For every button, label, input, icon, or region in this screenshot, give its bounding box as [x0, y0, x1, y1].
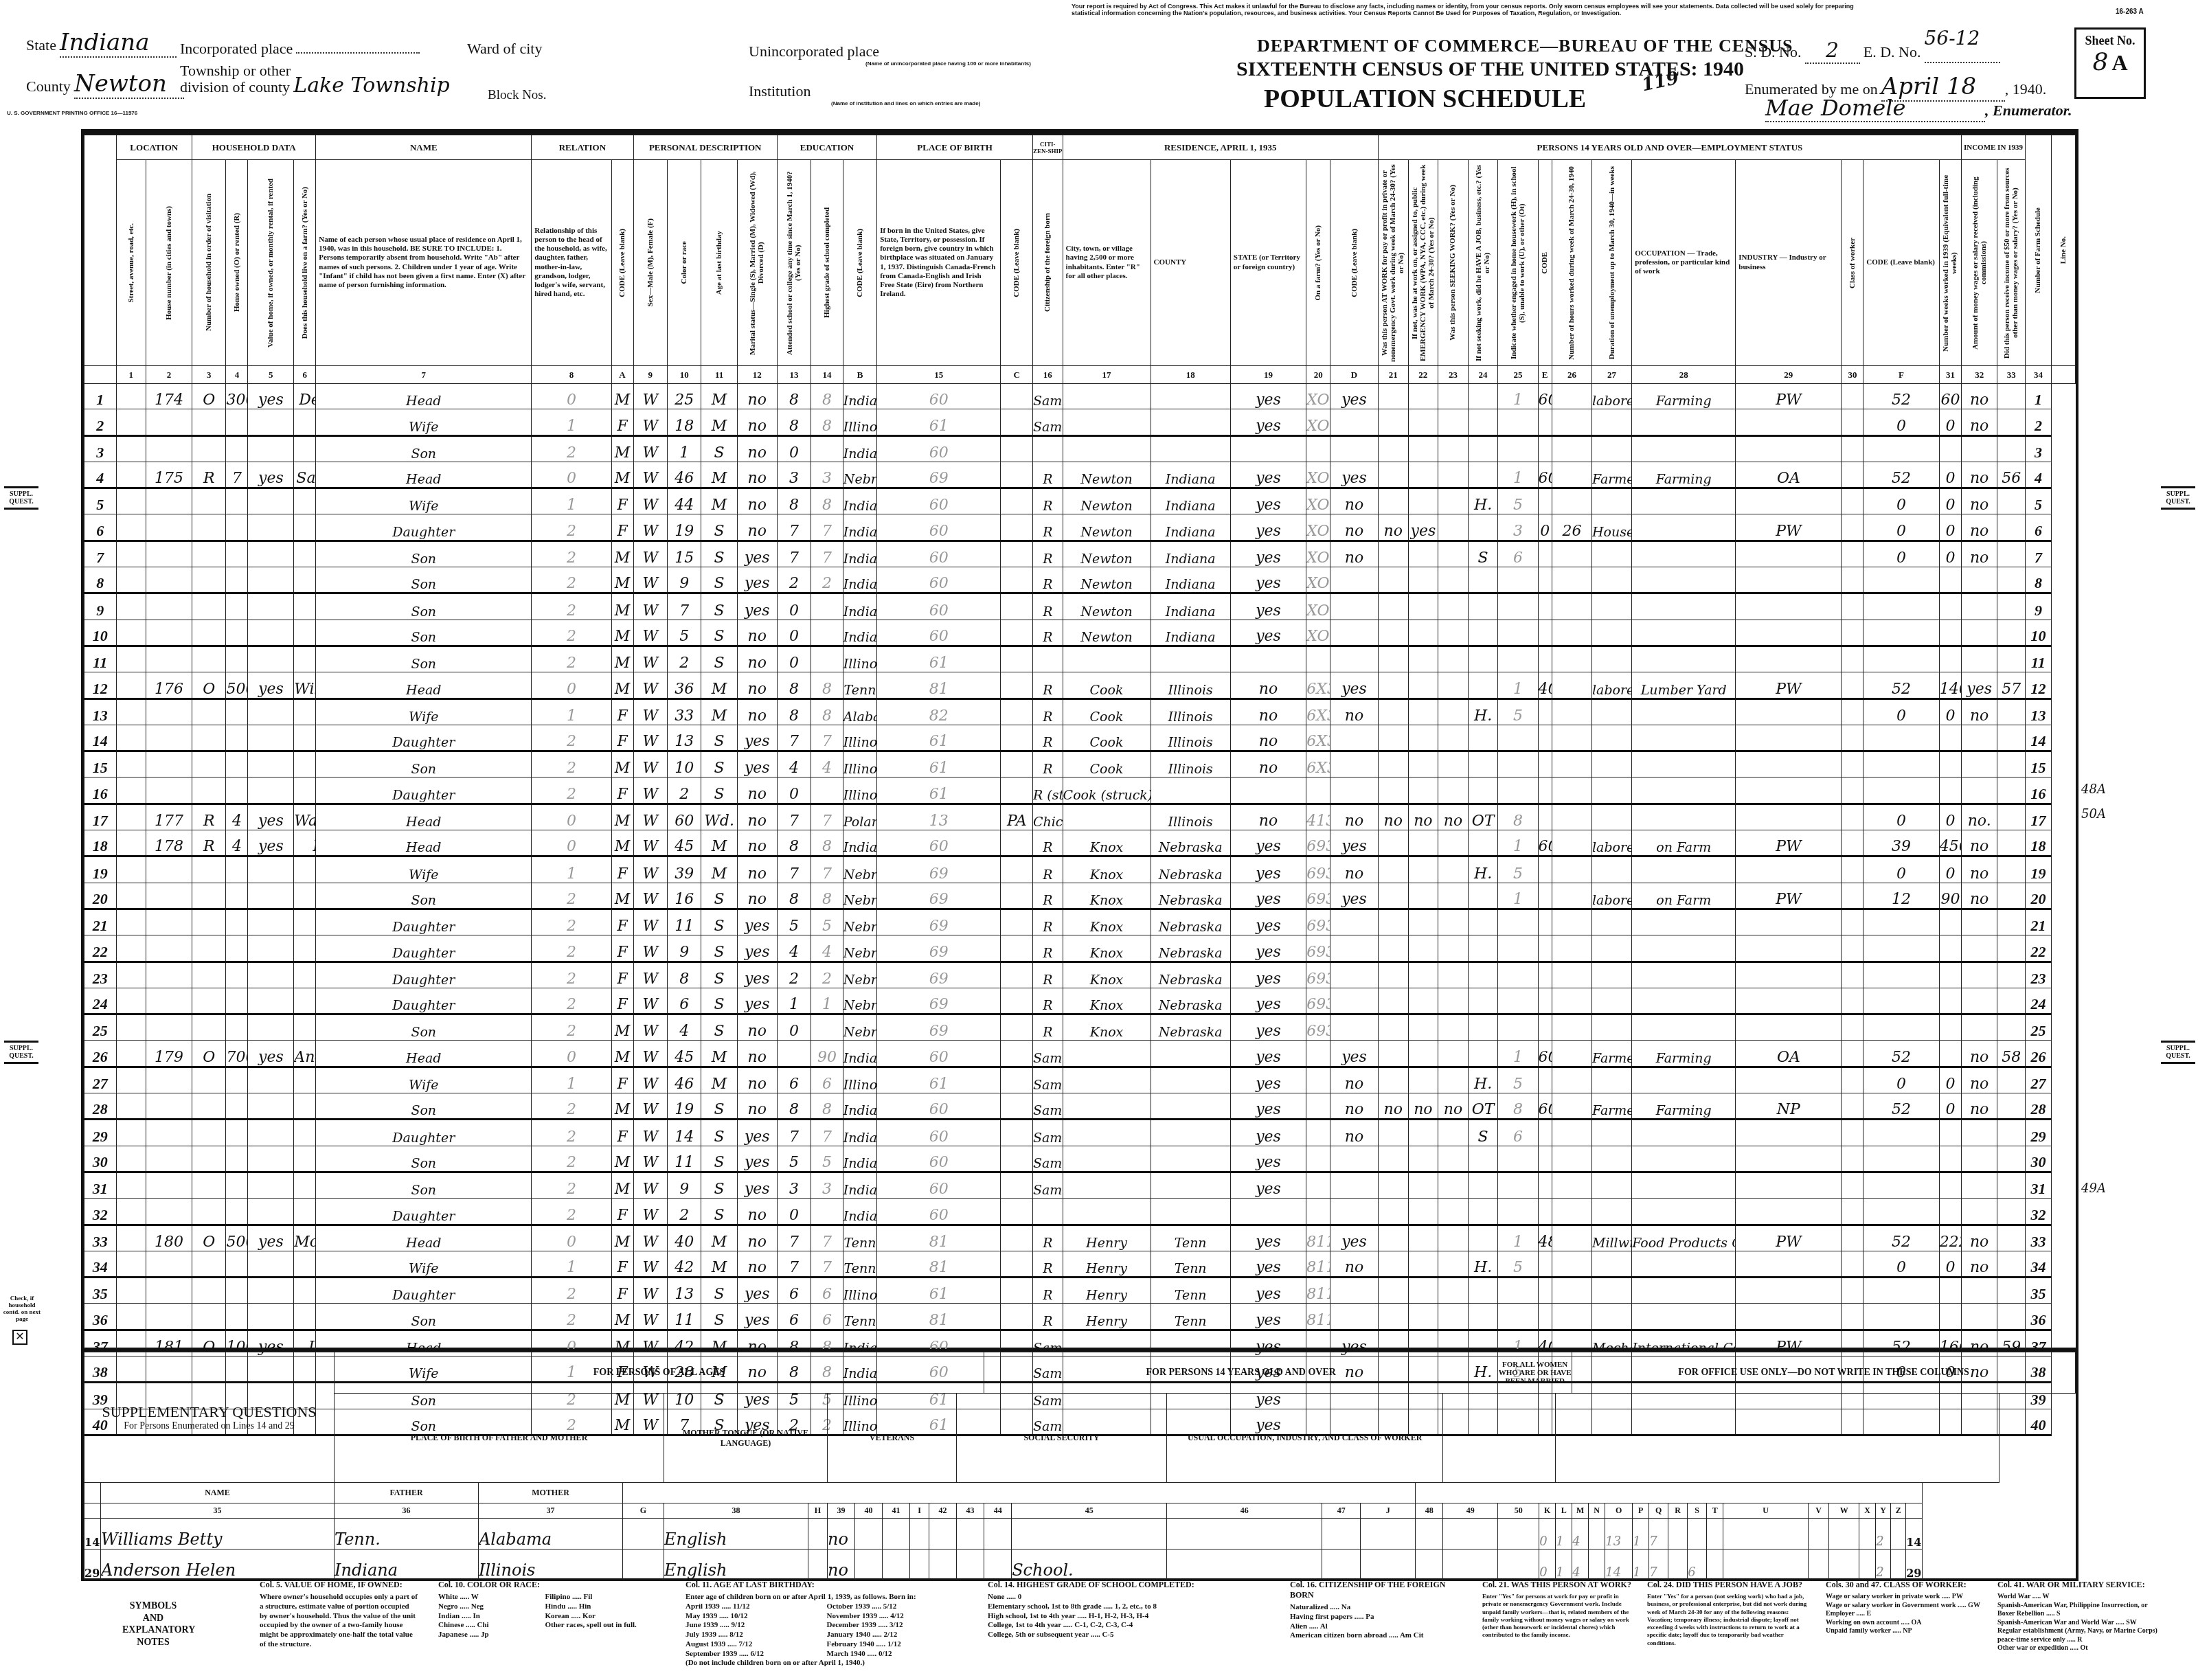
cell-c23 [1408, 699, 1438, 725]
supp-column-number: Q [1649, 1503, 1668, 1519]
cell-grade: 4 [777, 751, 811, 777]
cell-codeD: XOV2 [1306, 541, 1330, 567]
column-header-4: Home owned (O) or rented (R) [226, 160, 248, 366]
cell-rel: Son [316, 567, 532, 593]
cell-c24 [1438, 1278, 1469, 1304]
supp-blank [984, 1519, 1012, 1550]
cell-codeA: 2 [532, 541, 611, 567]
cell-codeF [1842, 1251, 1863, 1277]
cell-codeA: 2 [532, 988, 611, 1014]
cell-onfarm: yes [1230, 1278, 1306, 1304]
cell-codeB: 3 [811, 1172, 843, 1198]
cell-c25: S [1468, 541, 1498, 567]
cell-cit [1001, 962, 1033, 988]
cell-codeD [1306, 1067, 1330, 1093]
cell-own: O [192, 1041, 226, 1067]
cell-codeF [1842, 962, 1863, 988]
cell-occ [1592, 541, 1632, 567]
cell-line: 6 [84, 514, 117, 541]
cell-c25 [1468, 593, 1498, 620]
cell-age: 7 [667, 593, 701, 620]
cell-race: W [633, 1278, 667, 1304]
cell-codeD [1306, 1199, 1330, 1225]
cell-dur [1552, 909, 1591, 935]
cell-mar: M [701, 1067, 737, 1093]
cell-sex: M [611, 646, 633, 672]
cell-sex: F [611, 1120, 633, 1146]
cell-cit [1001, 751, 1033, 777]
cell-county: Newton [1063, 593, 1151, 620]
cell-c24 [1438, 384, 1469, 409]
cell-hh: 180 [146, 1225, 192, 1251]
cell-line: 34 [2026, 1251, 2052, 1277]
cell-grade: 8 [777, 1093, 811, 1120]
cell-cls [1736, 1251, 1842, 1277]
cell-c22: no [1378, 1093, 1408, 1120]
cell-other [1961, 751, 1997, 777]
column-number: 9 [633, 366, 667, 384]
cell-line: 35 [2026, 1278, 2052, 1304]
surname: Lee [294, 838, 316, 855]
person-name: WilliamsRobert [294, 672, 316, 699]
cell-ind [1632, 409, 1736, 435]
supp-column-number: O [1605, 1503, 1633, 1519]
cell-age: 19 [667, 1093, 701, 1120]
cell-wages [1939, 1172, 1961, 1198]
cell-hh [146, 646, 192, 672]
supp-blank [1498, 1519, 1539, 1550]
column-header-3: Number of household in order of visitati… [192, 160, 226, 366]
note-col21: Col. 21. WAS THIS PERSON AT WORK?Enter "… [1482, 1580, 1633, 1639]
cell-cit [1001, 935, 1033, 962]
cell-rel: Son [316, 541, 532, 567]
cell-c25: H. [1468, 1067, 1498, 1093]
supp-code-g [623, 1519, 664, 1550]
cell-state: Indiana [1151, 567, 1230, 593]
cell-codeE: 1 [1498, 830, 1538, 856]
cell-c23 [1408, 1199, 1438, 1225]
cell-city: R [1032, 725, 1063, 751]
column-number: 20 [1306, 366, 1330, 384]
cell-cit [1001, 1067, 1033, 1093]
cell-codeC: 60 [877, 435, 1001, 462]
cell-hours [1538, 435, 1552, 462]
cell-cls [1736, 909, 1842, 935]
cell-age: 19 [667, 514, 701, 541]
note-item: Other races, spell out in full. [545, 1621, 645, 1631]
cell-own [192, 409, 226, 435]
cell-hours: 40 [1538, 672, 1552, 699]
cell-rel: Head [316, 462, 532, 488]
cell-cit [1001, 699, 1033, 725]
cell-line: 29 [84, 1120, 117, 1146]
cell-value [226, 856, 248, 883]
cell-mar: M [701, 384, 737, 409]
supp-column-number: 38 [664, 1503, 808, 1519]
cell-c23 [1408, 646, 1438, 672]
cell-codeB: 7 [811, 1120, 843, 1146]
supp-column-number: 41 [883, 1503, 910, 1519]
cell-race: W [633, 1251, 667, 1277]
person-name: Ruby [294, 962, 316, 988]
cell-line: 27 [2026, 1067, 2052, 1093]
cell-line: 11 [84, 646, 117, 672]
cell-occ: Farmer [1592, 1041, 1632, 1067]
cell-line: 7 [84, 541, 117, 567]
cell-codeF [1842, 409, 1863, 435]
cell-line: 5 [84, 488, 117, 514]
cell-farm [248, 488, 294, 514]
cell-codeB: 7 [811, 804, 843, 830]
column-header-24: If not seeking work, did he HAVE A JOB, … [1468, 160, 1498, 366]
ed-value: 56-12 [1925, 27, 1980, 49]
cell-birth: Nebraska [843, 988, 876, 1014]
cell-codeC: 81 [877, 1251, 1001, 1277]
cell-c21: no [1330, 541, 1379, 567]
cell-c21: no [1330, 804, 1379, 830]
cell-birth: Nebraska [843, 935, 876, 962]
cell-ind [1632, 1146, 1736, 1172]
cell-weeks [1863, 725, 1939, 751]
cell-birth: Illinois [843, 777, 876, 804]
cell-city: R [1032, 883, 1063, 909]
column-header-23: Was this person SEEKING WORK? (Yes or No… [1438, 160, 1469, 366]
supp-column-number: Z [1891, 1503, 1906, 1519]
cell-city: R [1032, 1278, 1063, 1304]
cell-c23 [1408, 1225, 1438, 1251]
note-item: Spanish-American War and World War .....… [1997, 1619, 2162, 1628]
cell-codeC: 81 [877, 672, 1001, 699]
cell-codeD: 6X31 [1306, 699, 1330, 725]
cell-onfarm: yes [1230, 593, 1306, 620]
cell-hours [1538, 1014, 1552, 1041]
cell-wages [1939, 1199, 1961, 1225]
cell-ind [1632, 856, 1736, 883]
cell-ind [1632, 935, 1736, 962]
cell-codeF [1842, 1093, 1863, 1120]
column-number: 14 [811, 366, 843, 384]
cell-dur [1552, 1251, 1591, 1277]
cell-hours [1538, 883, 1552, 909]
cell-age: 11 [667, 1146, 701, 1172]
line-number-header-right: Line No. [2051, 135, 2075, 366]
cell-mar: S [701, 514, 737, 541]
state-field: State Indiana [26, 29, 177, 58]
cell-grade: 6 [777, 1304, 811, 1330]
cell-cls [1736, 856, 1842, 883]
table-row: 16DorothyDaughter2FW2Sno0Illinois61R (st… [84, 777, 2076, 804]
cell-sex: F [611, 1278, 633, 1304]
cell-ind [1632, 488, 1736, 514]
cell-codeB [811, 1199, 843, 1225]
cell-wages: 0 [1939, 699, 1961, 725]
cell-wages: 2220 [1939, 1225, 1961, 1251]
cell-codeB: 3 [811, 462, 843, 488]
cell-farmsch [1997, 830, 2026, 856]
cell-onfarm: yes [1230, 514, 1306, 541]
column-header-27: Duration of unemployment up to March 30,… [1592, 160, 1632, 366]
cell-birth: Indiana [843, 830, 876, 856]
cell-other [1961, 435, 1997, 462]
income-group-header: INCOME IN 1939 [1961, 135, 2025, 160]
cell-c21: yes [1330, 384, 1379, 409]
column-number: 27 [1592, 366, 1632, 384]
cell-farmsch: 57 [1997, 672, 2026, 699]
cell-c24 [1438, 935, 1469, 962]
cell-own [192, 1067, 226, 1093]
cell-line: 35 [84, 1278, 117, 1304]
table-row: 26179O700yesAndersonHenryHead0MW45Mno90I… [84, 1041, 2076, 1067]
cell-codeA: 2 [532, 1278, 611, 1304]
office-code-L: 1 [1556, 1550, 1572, 1580]
cell-sex: F [611, 935, 633, 962]
cell-age: 14 [667, 1120, 701, 1146]
supp-column-number: U [1723, 1503, 1809, 1519]
cell-race: W [633, 883, 667, 909]
cell-line: 31 [2026, 1172, 2052, 1198]
cell-ind: Farming [1632, 1093, 1736, 1120]
cell-line: 33 [84, 1225, 117, 1251]
cell-weeks: 52 [1863, 1093, 1939, 1120]
supp-column-number: 36 [335, 1503, 479, 1519]
cell-county: Cook [1063, 725, 1151, 751]
farm-schedule-header: Number of Farm Schedule [2026, 135, 2052, 366]
person-name: Ardist [294, 935, 316, 962]
continued-checkbox[interactable]: ✕ [12, 1330, 27, 1345]
cell-c25 [1468, 988, 1498, 1014]
office-use-header: FOR OFFICE USE ONLY—DO NOT WRITE IN THES… [1572, 1352, 2076, 1394]
cell-own: O [192, 672, 226, 699]
cell-other [1961, 777, 1997, 804]
office-code-T [1707, 1519, 1723, 1550]
all-ages-header: FOR PERSONS OF ALL AGES [335, 1352, 984, 1394]
cell-farmsch [1997, 593, 2026, 620]
cell-line: 3 [2026, 435, 2052, 462]
cell-race: W [633, 988, 667, 1014]
cell-c24 [1438, 1014, 1469, 1041]
cell-county: Knox [1063, 856, 1151, 883]
cell-c24 [1438, 988, 1469, 1014]
supp-blank [1322, 1519, 1361, 1550]
cell-sex: M [611, 1093, 633, 1120]
cell-hh [146, 488, 192, 514]
cell-value [226, 935, 248, 962]
column-header-B: CODE (Leave blank) [843, 160, 876, 366]
cell-hh [146, 409, 192, 435]
cell-farm [248, 777, 294, 804]
office-code-Z [1891, 1519, 1906, 1550]
cell-state: Indiana [1151, 488, 1230, 514]
cell-farm: yes [248, 672, 294, 699]
cell-codeE [1498, 646, 1538, 672]
cell-codeC: 60 [877, 1093, 1001, 1120]
cell-birth: Indiana [843, 541, 876, 567]
cell-value [226, 435, 248, 462]
cell-codeC: 60 [877, 1172, 1001, 1198]
cell-race: W [633, 751, 667, 777]
cell-grade [777, 1041, 811, 1067]
cell-codeA: 0 [532, 804, 611, 830]
enumerator-name: Mae Domele [1765, 95, 1905, 121]
cell-occ: Housework [1592, 514, 1632, 541]
cell-c25 [1468, 1225, 1498, 1251]
cell-cls [1736, 1146, 1842, 1172]
cell-codeC: 81 [877, 1304, 1001, 1330]
cell-codeB: 90 [811, 1041, 843, 1067]
surname: Sargent [294, 470, 316, 487]
column-number: 30 [1842, 366, 1863, 384]
cell-codeB [811, 646, 843, 672]
cell-c23 [1408, 777, 1438, 804]
column-header-7: Name of each person whose usual place of… [316, 160, 532, 366]
cell-c22 [1378, 409, 1408, 435]
ward-label: Ward of city [467, 40, 542, 58]
cell-codeD: 6932 [1306, 988, 1330, 1014]
cell-county: Newton [1063, 514, 1151, 541]
margin-note: 48A [2081, 782, 2106, 797]
supp-usual-occupation: School. [1012, 1550, 1167, 1580]
cell-line: 18 [84, 830, 117, 856]
cell-state [1151, 1041, 1230, 1067]
cell-grade: 4 [777, 935, 811, 962]
cell-codeB: 6 [811, 1304, 843, 1330]
cell-state: Illinois [1151, 804, 1230, 830]
supp-column-number: 42 [929, 1503, 957, 1519]
table-row: 24VeldaDaughter2FW6Syes11Nebraska69RKnox… [84, 988, 2076, 1014]
cell-race: W [633, 935, 667, 962]
column-header-15: If born in the United States, give State… [877, 160, 1001, 366]
cell-state [1151, 409, 1230, 435]
cell-c21 [1330, 777, 1379, 804]
cell-age: 42 [667, 1251, 701, 1277]
cell-codeE [1498, 1172, 1538, 1198]
cell-other [1961, 962, 1997, 988]
supp-mother-birthplace: Illinois [479, 1550, 623, 1580]
cell-cit [1001, 593, 1033, 620]
cell-mar: M [701, 462, 737, 488]
cell-state: Nebraska [1151, 856, 1230, 883]
column-number: 15 [877, 366, 1001, 384]
cell-c24 [1438, 1304, 1469, 1330]
cell-race: W [633, 567, 667, 593]
residence-group-header: RESIDENCE, APRIL 1, 1935 [1063, 135, 1378, 160]
cell-mar: S [701, 909, 737, 935]
cell-c24 [1438, 1199, 1469, 1225]
cell-codeB: 2 [811, 567, 843, 593]
table-row: 30GuySon2MW11Syes55Indiana60Same houseye… [84, 1146, 2076, 1172]
cell-own [192, 751, 226, 777]
cell-codeB [811, 1014, 843, 1041]
cell-codeF [1842, 462, 1863, 488]
cell-birth: Nebraska [843, 883, 876, 909]
cell-farm: yes [248, 462, 294, 488]
cell-cls [1736, 1304, 1842, 1330]
cell-c24 [1438, 567, 1469, 593]
cell-codeA: 0 [532, 1225, 611, 1251]
cell-c21: no [1330, 1093, 1379, 1120]
cell-hh: 178 [146, 830, 192, 856]
cell-codeC: 61 [877, 1067, 1001, 1093]
cell-county [1063, 409, 1151, 435]
cell-rel: Son [316, 751, 532, 777]
cell-dur [1552, 435, 1591, 462]
person-name: DentonHarry ⊗ [294, 384, 316, 409]
cell-cls [1736, 725, 1842, 751]
cell-hours [1538, 1199, 1552, 1225]
cell-value [226, 593, 248, 620]
cell-line: 19 [2026, 856, 2052, 883]
cell-race: W [633, 384, 667, 409]
cell-city: R [1032, 830, 1063, 856]
supp-mother-tongue: English [664, 1519, 808, 1550]
office-code-S [1688, 1519, 1707, 1550]
cell-sex: M [611, 593, 633, 620]
cell-own [192, 541, 226, 567]
cell-codeB: 7 [811, 1251, 843, 1277]
cell-cls [1736, 620, 1842, 646]
cell-c25 [1468, 1014, 1498, 1041]
cell-line: 25 [84, 1014, 117, 1041]
cell-c24 [1438, 620, 1469, 646]
cell-dur [1552, 1041, 1591, 1067]
note-item: Chinese ..... Chi [438, 1621, 538, 1631]
cell-rel: Son [316, 1172, 532, 1198]
cell-race: W [633, 830, 667, 856]
cell-mar: S [701, 1278, 737, 1304]
cell-mar: M [701, 409, 737, 435]
cell-hh [146, 883, 192, 909]
sd-value: 2 [1826, 38, 1839, 63]
cell-mar: S [701, 1172, 737, 1198]
cell-wages [1939, 567, 1961, 593]
cell-birth: Tenn [843, 1225, 876, 1251]
cell-dur [1552, 725, 1591, 751]
cell-cit [1001, 830, 1033, 856]
cell-rel: Wife [316, 1067, 532, 1093]
cell-onfarm: yes [1230, 1225, 1306, 1251]
table-row: 7LawrenceSon2MW15Syes77Indiana60RNewtonI… [84, 541, 2076, 567]
cell-codeD: 8112 [1306, 1278, 1330, 1304]
cell-ind [1632, 1199, 1736, 1225]
cell-weeks: 52 [1863, 672, 1939, 699]
cell-codeE: 5 [1498, 1251, 1538, 1277]
column-header-29: INDUSTRY — Industry or business [1736, 160, 1842, 366]
cell-city: R [1032, 514, 1063, 541]
cell-occ: laborer [1592, 672, 1632, 699]
cell-birth: Illinois [843, 1067, 876, 1093]
cell-farm [248, 751, 294, 777]
supp-column-number: R [1668, 1503, 1688, 1519]
cell-c24 [1438, 1146, 1469, 1172]
cell-c23 [1408, 488, 1438, 514]
cell-race: W [633, 541, 667, 567]
cell-rel: Son [316, 1146, 532, 1172]
cell-other [1961, 909, 1997, 935]
cell-c21 [1330, 1199, 1379, 1225]
cell-other: yes [1961, 672, 1997, 699]
cell-codeA: 2 [532, 883, 611, 909]
supp-code-h [808, 1519, 828, 1550]
cell-own [192, 699, 226, 725]
supp-mother-header: MOTHER [479, 1483, 623, 1503]
cell-c23 [1408, 1120, 1438, 1146]
cell-value [226, 1278, 248, 1304]
cell-own [192, 1278, 226, 1304]
cell-sch: yes [737, 1278, 777, 1304]
table-row: 27RoseWife1FW46Mno66Illinois61Same house… [84, 1067, 2076, 1093]
office-code-Z [1891, 1550, 1906, 1580]
cell-codeA: 1 [532, 1251, 611, 1277]
